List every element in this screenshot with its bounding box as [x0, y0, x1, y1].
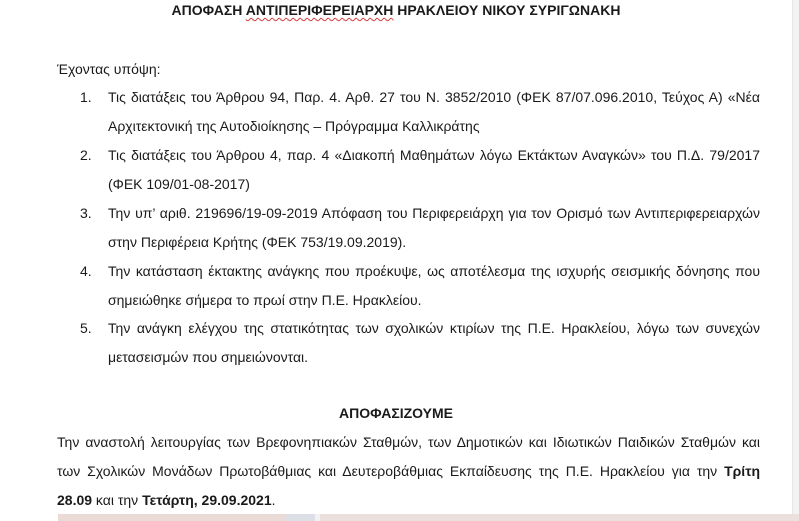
list-item: 3. Την υπ’ αριθ. 219696/19-09-2019 Απόφα…: [80, 199, 760, 257]
background-strip: [0, 514, 799, 521]
list-item: 1. Τις διατάξεις του Άρθρου 94, Παρ. 4. …: [80, 83, 760, 141]
list-item-number: 5.: [80, 314, 102, 343]
list-item: 5. Την ανάγκη ελέγχου της στατικότητας τ…: [80, 314, 760, 372]
list-item-number: 2.: [80, 141, 102, 170]
decision-text: Την αναστολή λειτουργίας των Βρεφονηπιακ…: [57, 434, 760, 479]
list-item-text: Τις διατάξεις του Άρθρου 4, παρ. 4 «Διακ…: [108, 141, 760, 199]
document-page: ΑΠΟΦΑΣΗ ΑΝΤΙΠΕΡΙΦΕΡΕΙΑΡΧΗ ΗΡΑΚΛΕΙΟΥ ΝΙΚΟ…: [0, 0, 793, 514]
list-item-text: Τις διατάξεις του Άρθρου 94, Παρ. 4. Αρθ…: [108, 83, 760, 141]
decision-heading: ΑΠΟΦΑΣΙΖΟΥΜΕ: [0, 403, 792, 423]
document-title: ΑΠΟΦΑΣΗ ΑΝΤΙΠΕΡΙΦΕΡΕΙΑΡΧΗ ΗΡΑΚΛΕΙΟΥ ΝΙΚΟ…: [0, 0, 792, 20]
intro-text: Έχοντας υπόψη:: [57, 60, 161, 78]
list-item-text: Την υπ’ αριθ. 219696/19-09-2019 Απόφαση …: [108, 199, 760, 257]
title-part-1: ΑΠΟΦΑΣΗ: [172, 2, 246, 18]
list-item-number: 3.: [80, 199, 102, 228]
list-item-text: Την ανάγκη ελέγχου της στατικότητας των …: [108, 314, 760, 372]
list-item-number: 1.: [80, 83, 102, 112]
list-item-text: Την κατάσταση έκτακτης ανάγκης που προέκ…: [108, 257, 760, 315]
title-part-misspelled[interactable]: ΑΝΤΙΠΕΡΙΦΕΡΕΙΑΡΧΗ: [246, 2, 394, 18]
title-part-3: ΗΡΑΚΛΕΙΟΥ ΝΙΚΟΥ ΣΥΡΙΓΩΝΑΚΗ: [393, 2, 620, 18]
list-item: 2. Τις διατάξεις του Άρθρου 4, παρ. 4 «Δ…: [80, 141, 760, 199]
decision-connector: και την: [92, 492, 142, 508]
decision-date-2: Τετάρτη, 29.09.2021: [142, 492, 272, 508]
list-item: 4. Την κατάσταση έκτακτης ανάγκης που πρ…: [80, 257, 760, 315]
list-item-number: 4.: [80, 257, 102, 286]
decision-end: .: [272, 492, 276, 508]
decision-paragraph: Την αναστολή λειτουργίας των Βρεφονηπιακ…: [57, 428, 760, 515]
